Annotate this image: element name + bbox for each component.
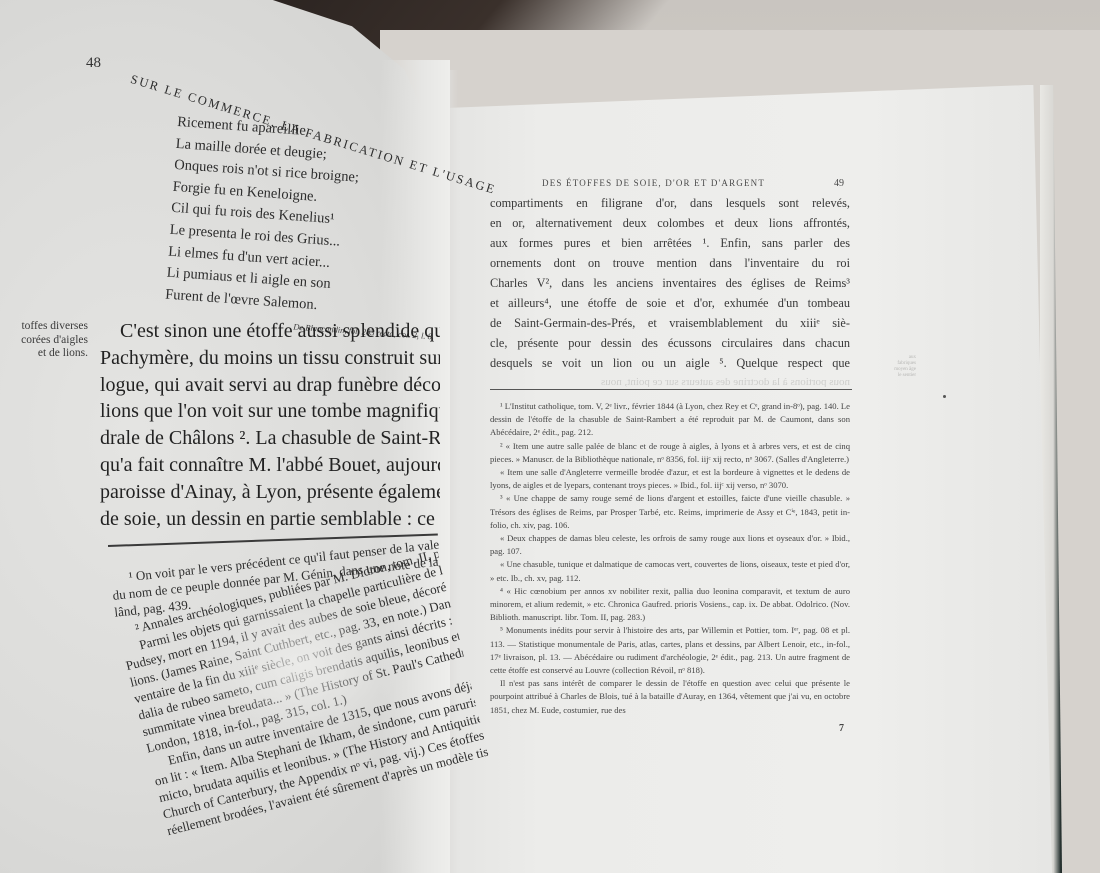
body-line: aux formes pures et bien arrêtées ¹. Enf… [490, 233, 850, 253]
footnote: « Item une salle d'Angleterre vermeille … [490, 466, 850, 492]
body-line: de Saint-Germain-des-Prés, et vraisembla… [490, 313, 850, 333]
sidenote-line: toffes diverses [2, 320, 88, 334]
body-line: C'est sinon une étoffe aussi splendide q… [100, 318, 440, 345]
left-page-number: 48 [86, 55, 101, 72]
body-line: logue, qui avait servi au drap funèbre d… [100, 372, 440, 399]
body-line: Charles V², dans les anciens inventaires… [490, 273, 850, 293]
body-line: cle, présente pour dessin des écussons c… [490, 333, 850, 353]
right-page-content: DES ÉTOFFES DE SOIE, D'OR ET D'ARGENT 49… [490, 178, 850, 734]
right-page-number: 49 [834, 178, 844, 189]
footnote: ⁵ Monuments inédits pour servir à l'hist… [490, 624, 850, 677]
verse-quotation: Ricement fu apareillie La maille dorée e… [163, 112, 449, 348]
left-footnotes: ¹ On voit par le vers précédent ce qu'il… [110, 536, 467, 845]
paper-speck [943, 395, 946, 398]
footnote: « Une chasuble, tunique et dalmatique de… [490, 558, 850, 584]
bleed-through-text: nous portions à la doctrine des auteurs … [490, 375, 850, 387]
right-body-text: compartiments en filigrane d'or, dans le… [490, 193, 850, 373]
body-line: compartiments en filigrane d'or, dans le… [490, 193, 850, 213]
body-line: lions que l'on voit sur une tombe magnif… [100, 398, 440, 425]
sidenote-line: et de lions. [2, 347, 88, 361]
body-line: drale de Châlons ². La chasuble de Saint… [100, 425, 440, 452]
footnote: ² « Item une autre salle palée de blanc … [490, 440, 850, 466]
footnote-rule [490, 389, 852, 390]
body-line: et ailleurs⁴, une étoffe de soie et d'or… [490, 293, 850, 313]
ghost-word: le sentier [866, 373, 916, 379]
signature-mark: 7 [490, 723, 850, 734]
footnote: ⁴ « Hic cœnobium per annos xv nobiliter … [490, 585, 850, 625]
footnote: Il n'est pas sans intérêt de comparer le… [490, 677, 850, 717]
body-line: desquels se voit un lion ou un aigle ⁵. … [490, 353, 850, 373]
right-footnotes: ¹ L'Institut catholique, tom. V, 2ᵉ livr… [490, 400, 850, 717]
sidenote-line: corées d'aigles [2, 334, 88, 348]
body-line: Pachymère, du moins un tissu construit s… [100, 345, 440, 372]
margin-bleed-through: aux fabriques moyen âge le sentier [866, 355, 916, 379]
body-line: qu'a fait connaître M. l'abbé Bouet, auj… [100, 452, 440, 479]
footnote: « Deux chappes de damas bleu celeste, le… [490, 532, 850, 558]
right-running-head: DES ÉTOFFES DE SOIE, D'OR ET D'ARGENT 49 [490, 178, 850, 189]
footnote: ¹ L'Institut catholique, tom. V, 2ᵉ livr… [490, 400, 850, 440]
body-line: en or, alternativement deux colombes et … [490, 213, 850, 233]
right-running-head-title: DES ÉTOFFES DE SOIE, D'OR ET D'ARGENT [542, 178, 765, 188]
footnote: ³ « Une chappe de samy rouge semé de lio… [490, 492, 850, 532]
body-line: ornements dont on trouve mention dans l'… [490, 253, 850, 273]
left-body-text: C'est sinon une étoffe aussi splendide q… [100, 318, 440, 532]
body-line: de soie, un dessin en partie semblable :… [100, 506, 440, 533]
body-line: paroisse d'Ainay, à Lyon, présente égale… [100, 479, 440, 506]
margin-sidenote: toffes diverses corées d'aigles et de li… [2, 320, 88, 361]
